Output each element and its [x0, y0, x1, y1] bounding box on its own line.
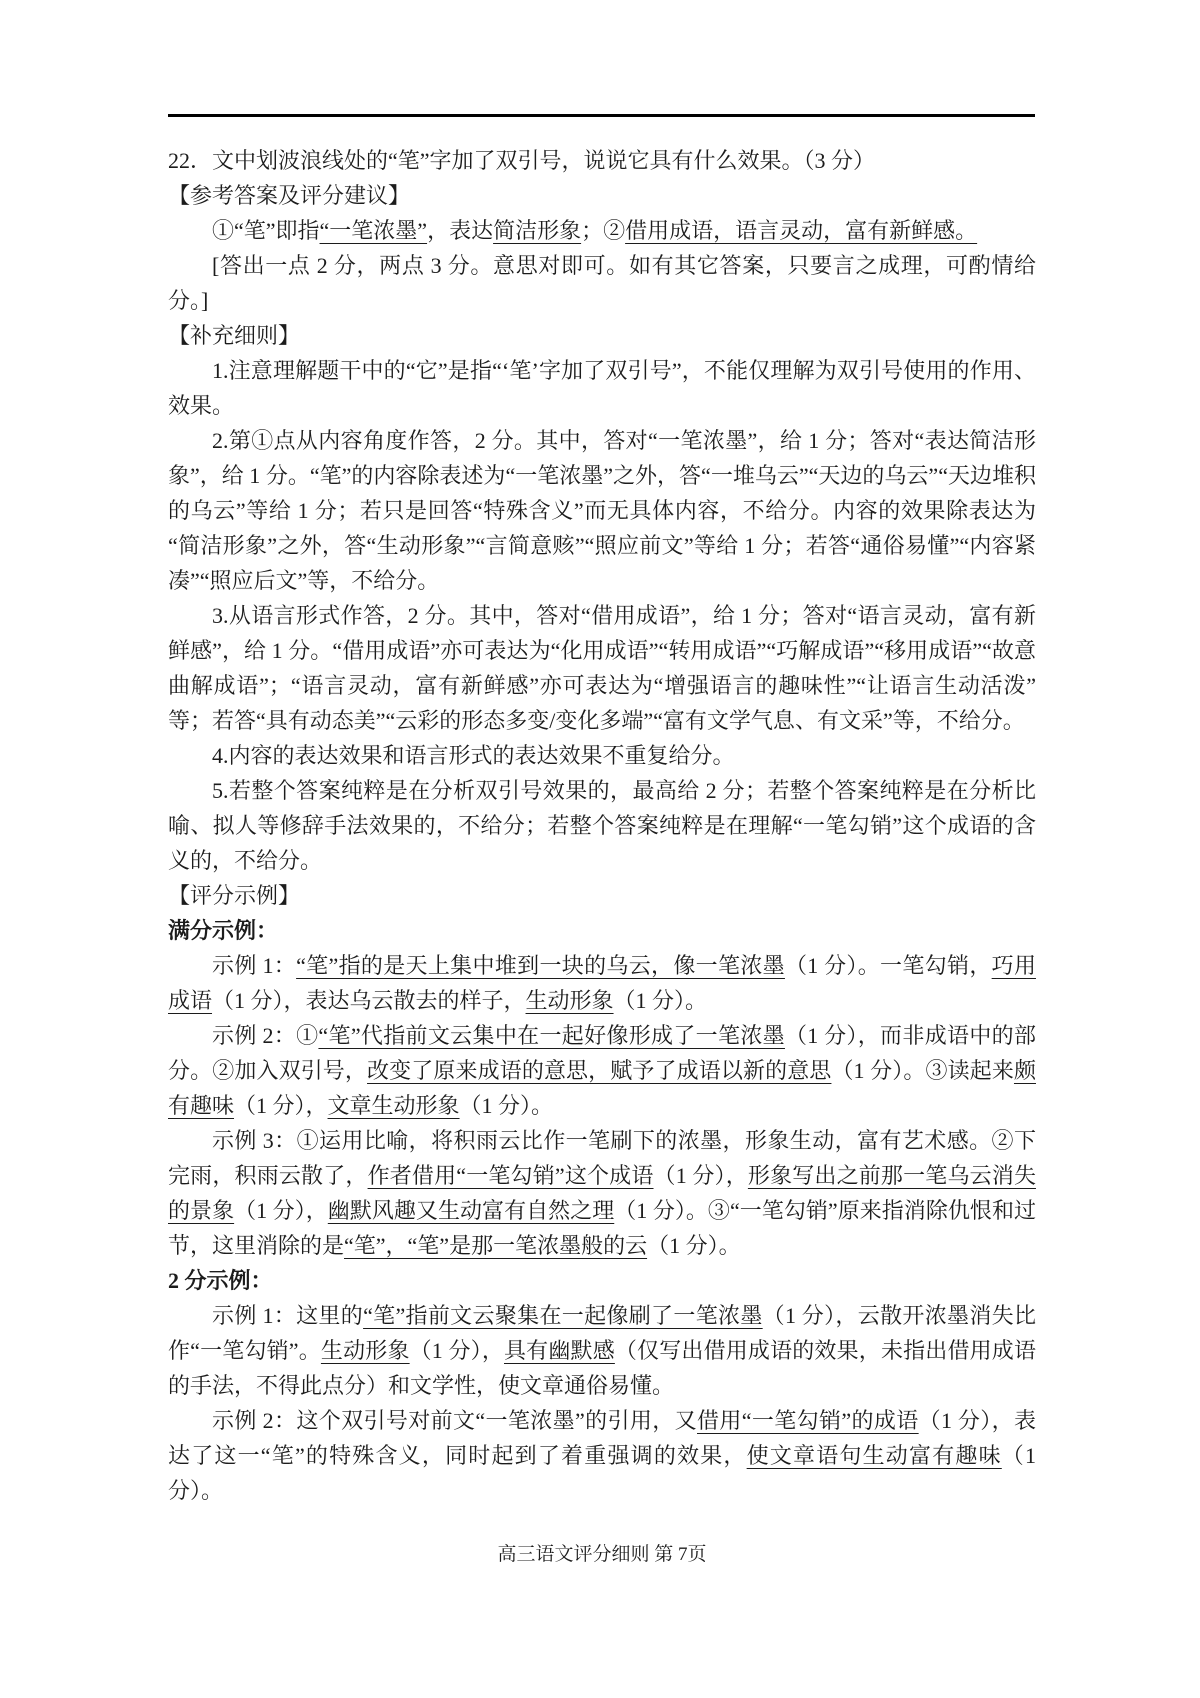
text-segment: 这里的 — [296, 1303, 363, 1328]
question-22: 22．文中划波浪线处的“笔”字加了双引号，说说它具有什么效果。（3 分） — [168, 143, 1036, 178]
rule-4: 4.内容的表达效果和语言形式的表达效果不重复给分。 — [168, 738, 1036, 773]
text-segment: （1 分）。一笔勾销， — [785, 953, 992, 978]
text-segment: 示例 2： — [212, 1408, 296, 1433]
text-segment: 示例 1： — [212, 953, 296, 978]
section-header-scoring-examples: 【评分示例】 — [168, 878, 1036, 913]
underlined-text: 生动形象 — [526, 988, 614, 1013]
text-segment: 22．文中划波浪线处的“笔”字加了双引号，说说它具有什么效果。（3 分） — [168, 148, 875, 173]
text-segment: ①“笔”即指 — [212, 218, 320, 243]
text-segment: 【评分示例】 — [168, 883, 300, 908]
reference-answer: ①“笔”即指“一笔浓墨”，表达简洁形象；②借用成语，语言灵动，富有新鲜感。 — [168, 213, 1036, 248]
text-segment: [答出一点 2 分，两点 3 分。意思对即可。如有其它答案，只要言之成理，可酌情… — [168, 253, 1036, 313]
text-segment: 5.若整个答案纯粹是在分析双引号效果的，最高给 2 分；若整个答案纯粹是在分析比… — [168, 778, 1036, 873]
text-segment: 示例 3： — [212, 1128, 297, 1153]
document-page: 22．文中划波浪线处的“笔”字加了双引号，说说它具有什么效果。（3 分）【参考答… — [0, 0, 1200, 1698]
text-segment: （1 分），表达乌云散去的样子， — [212, 988, 526, 1013]
text-segment: （1 分）， — [234, 1093, 328, 1118]
underlined-text: “笔”，“笔”是那一笔浓墨般的云 — [344, 1233, 647, 1258]
underlined-text: 幽默风趣又生动富有自然之理 — [328, 1198, 614, 1223]
text-segment: （1 分）。 — [460, 1093, 554, 1118]
underlined-text: 文章生动形象 — [328, 1093, 460, 1118]
underlined-text: 生动形象 — [321, 1338, 410, 1363]
document-body: 22．文中划波浪线处的“笔”字加了双引号，说说它具有什么效果。（3 分）【参考答… — [168, 143, 1036, 1508]
section-header-reference-answer: 【参考答案及评分建议】 — [168, 178, 1036, 213]
underlined-text: “笔”指的是天上集中堆到一块的乌云，像一笔浓墨 — [296, 953, 785, 978]
text-segment: 1.注意理解题干中的“它”是指“‘笔’字加了双引号”，不能仅理解为双引号使用的作… — [168, 358, 1036, 418]
text-segment: （1 分）， — [234, 1198, 328, 1223]
full-score-example-3: 示例 3：①运用比喻，将积雨云比作一笔刷下的浓墨，形象生动，富有艺术感。②下完雨… — [168, 1123, 1036, 1263]
full-score-examples-header: 满分示例： — [168, 913, 1036, 948]
text-segment: 2.第①点从内容角度作答，2 分。其中，答对“一笔浓墨”，给 1 分；答对“表达… — [168, 428, 1036, 593]
text-segment: （1 分）， — [410, 1338, 504, 1363]
underlined-text: “一笔浓墨” — [320, 218, 428, 243]
section-header-supplementary-rules: 【补充细则】 — [168, 318, 1036, 353]
text-segment: 示例 1： — [212, 1303, 296, 1328]
text-segment: （1 分）。③读起来 — [831, 1058, 1014, 1083]
underlined-text: 简洁形象 — [493, 218, 581, 243]
two-score-example-2: 示例 2：这个双引号对前文“一笔浓墨”的引用，又借用“一笔勾销”的成语（1 分）… — [168, 1403, 1036, 1508]
rule-2: 2.第①点从内容角度作答，2 分。其中，答对“一笔浓墨”，给 1 分；答对“表达… — [168, 423, 1036, 598]
underlined-text: “笔”代指前文云集中在一起好像形成了一笔浓墨 — [318, 1023, 785, 1048]
rule-5: 5.若整个答案纯粹是在分析双引号效果的，最高给 2 分；若整个答案纯粹是在分析比… — [168, 773, 1036, 878]
text-segment: 这个双引号对前文“一笔浓墨”的引用，又 — [296, 1408, 697, 1433]
text-segment: 满分示例： — [168, 918, 278, 943]
text-segment: 4.内容的表达效果和语言形式的表达效果不重复给分。 — [212, 743, 735, 768]
underlined-text: 借用成语，语言灵动，富有新鲜感。 — [625, 218, 977, 243]
two-score-example-1: 示例 1：这里的“笔”指前文云聚集在一起像刷了一笔浓墨（1 分），云散开浓墨消失… — [168, 1298, 1036, 1403]
rule-1: 1.注意理解题干中的“它”是指“‘笔’字加了双引号”，不能仅理解为双引号使用的作… — [168, 353, 1036, 423]
underlined-text: 借用“一笔勾销”的成语 — [697, 1408, 919, 1433]
page-footer: 高三语文评分细则 第 7页 — [168, 1541, 1036, 1569]
text-segment: ；② — [581, 218, 625, 243]
full-score-example-1: 示例 1：“笔”指的是天上集中堆到一块的乌云，像一笔浓墨（1 分）。一笔勾销，巧… — [168, 948, 1036, 1018]
text-segment: 【参考答案及评分建议】 — [168, 183, 410, 208]
header-rule — [168, 114, 1035, 117]
text-segment: 3.从语言形式作答，2 分。其中，答对“借用成语”，给 1 分；答对“语言灵动，… — [168, 603, 1036, 733]
text-segment: （1 分）。 — [647, 1233, 741, 1258]
underlined-text: “笔”指前文云聚集在一起像刷了一笔浓墨 — [363, 1303, 763, 1328]
text-segment: （1 分）， — [654, 1163, 748, 1188]
underlined-text: 作者借用“一笔勾销”这个成语 — [368, 1163, 654, 1188]
full-score-example-2: 示例 2：①“笔”代指前文云集中在一起好像形成了一笔浓墨（1 分），而非成语中的… — [168, 1018, 1036, 1123]
text-segment: 示例 2： — [212, 1023, 296, 1048]
scoring-note: [答出一点 2 分，两点 3 分。意思对即可。如有其它答案，只要言之成理，可酌情… — [168, 248, 1036, 318]
text-segment: （1 分）。 — [614, 988, 708, 1013]
rule-3: 3.从语言形式作答，2 分。其中，答对“借用成语”，给 1 分；答对“语言灵动，… — [168, 598, 1036, 738]
underlined-text: 具有幽默感 — [504, 1338, 615, 1363]
text-segment: 2 分示例： — [168, 1268, 273, 1293]
two-score-examples-header: 2 分示例： — [168, 1263, 1036, 1298]
underlined-text: 改变了原来成语的意思，赋予了成语以新的意思 — [367, 1058, 831, 1083]
text-segment: ① — [296, 1023, 318, 1048]
text-segment: ，表达 — [427, 218, 493, 243]
text-segment: 【补充细则】 — [168, 323, 300, 348]
underlined-text: 使文章语句生动富有趣味 — [747, 1443, 1002, 1468]
